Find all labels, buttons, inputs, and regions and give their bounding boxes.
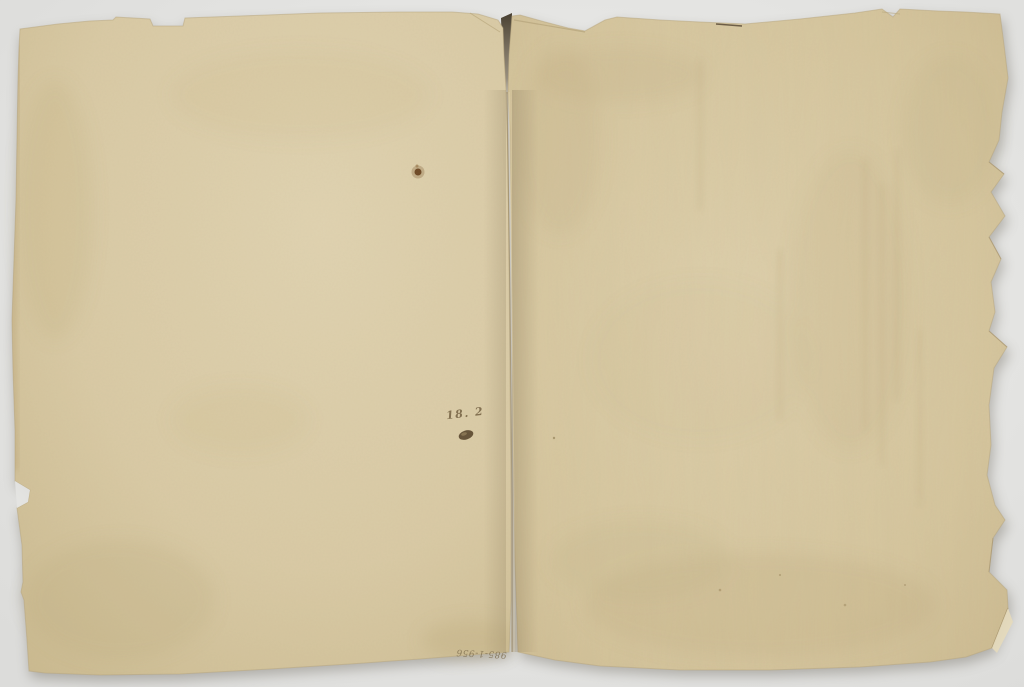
paper-spread-graphic [0,0,1024,687]
photo-of-blank-bifolium: 18. 2 985-1-956 [0,0,1024,687]
